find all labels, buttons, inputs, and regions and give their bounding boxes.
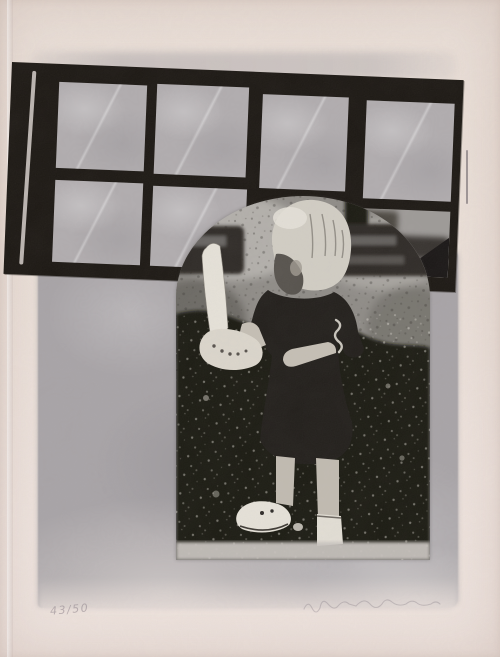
stray-pencil-line (466, 150, 468, 204)
hair-highlight (273, 207, 307, 229)
window-pane (154, 84, 250, 178)
pebble (293, 523, 303, 531)
artist-signature (298, 592, 450, 620)
window-pane (56, 82, 147, 171)
cheek-highlight (290, 260, 302, 276)
window-pane (52, 180, 143, 265)
right-sock (317, 514, 343, 546)
shoe-strap-dot (270, 509, 273, 512)
right-leg (316, 458, 339, 518)
open-sash-highlight (19, 71, 36, 265)
shoe-strap-dot (260, 511, 264, 515)
photo-scene (176, 196, 430, 560)
left-leg (276, 456, 295, 506)
light-ground-strip (176, 542, 430, 560)
window-pane (259, 94, 349, 191)
window-pane (363, 100, 455, 201)
arch-photo-inset (176, 196, 430, 560)
print-artwork: 43/50 (0, 0, 500, 657)
